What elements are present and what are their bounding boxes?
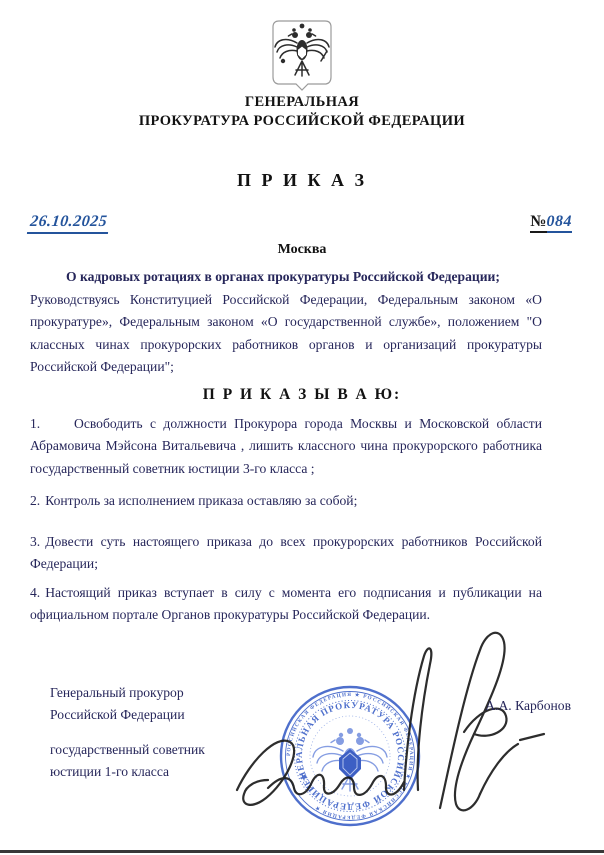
- organization-name: ГЕНЕРАЛЬНАЯ ПРОКУРАТУРА РОССИЙСКОЙ ФЕДЕР…: [0, 93, 604, 131]
- signer-post-line1: Генеральный прокурор: [50, 682, 185, 704]
- date-number-row: 26.10.2025 №084: [28, 213, 572, 234]
- order-item-2: 2.Контроль за исполнением приказа оставл…: [30, 490, 542, 512]
- signer-post-line2: Российской Федерации: [50, 704, 185, 726]
- russia-coat-of-arms-icon: [269, 17, 335, 95]
- signer-rank-line1: государственный советник: [50, 739, 205, 761]
- order-item-3: 3.Довести суть настоящего приказа до все…: [30, 531, 542, 576]
- item-number: 3.: [30, 531, 40, 553]
- document-number: №084: [530, 213, 572, 231]
- item-text: Контроль за исполнением приказа оставляю…: [45, 493, 357, 508]
- number-sign: №: [530, 213, 546, 233]
- organization-name-line2: ПРОКУРАТУРА РОССИЙСКОЙ ФЕДЕРАЦИИ: [0, 112, 604, 131]
- signer-name: А.А. Карбонов: [485, 698, 571, 714]
- order-heading: П Р И К А З Ы В А Ю:: [0, 386, 604, 404]
- item-number: 4.: [30, 582, 40, 604]
- document-date: 26.10.2025: [27, 213, 110, 234]
- subject-line: О кадровых ротациях в органах прокуратур…: [30, 266, 542, 288]
- signer-rank-line2: юстиции 1-го класса: [50, 761, 205, 783]
- number-value: 084: [547, 213, 573, 233]
- item-number: 2.: [30, 490, 40, 512]
- item-text: Освободить с должности Прокурора города …: [30, 416, 542, 476]
- item-number: 1.: [30, 413, 74, 435]
- handwritten-signature-icon: [228, 612, 558, 817]
- signer-rank: государственный советник юстиции 1-го кл…: [50, 739, 205, 784]
- item-text: Довести суть настоящего приказа до всех …: [30, 534, 542, 571]
- document-title: П Р И К А З: [0, 170, 604, 191]
- organization-name-line1: ГЕНЕРАЛЬНАЯ: [0, 93, 604, 112]
- order-item-1: 1.Освободить с должности Прокурора город…: [30, 413, 542, 480]
- order-document-page: ГЕНЕРАЛЬНАЯ ПРОКУРАТУРА РОССИЙСКОЙ ФЕДЕР…: [0, 0, 604, 855]
- page-bottom-edge: [0, 850, 604, 853]
- city-line: Москва: [0, 242, 604, 258]
- signer-post: Генеральный прокурор Российской Федераци…: [50, 682, 185, 727]
- preamble-paragraph: Руководствуясь Конституцией Российской Ф…: [30, 289, 542, 378]
